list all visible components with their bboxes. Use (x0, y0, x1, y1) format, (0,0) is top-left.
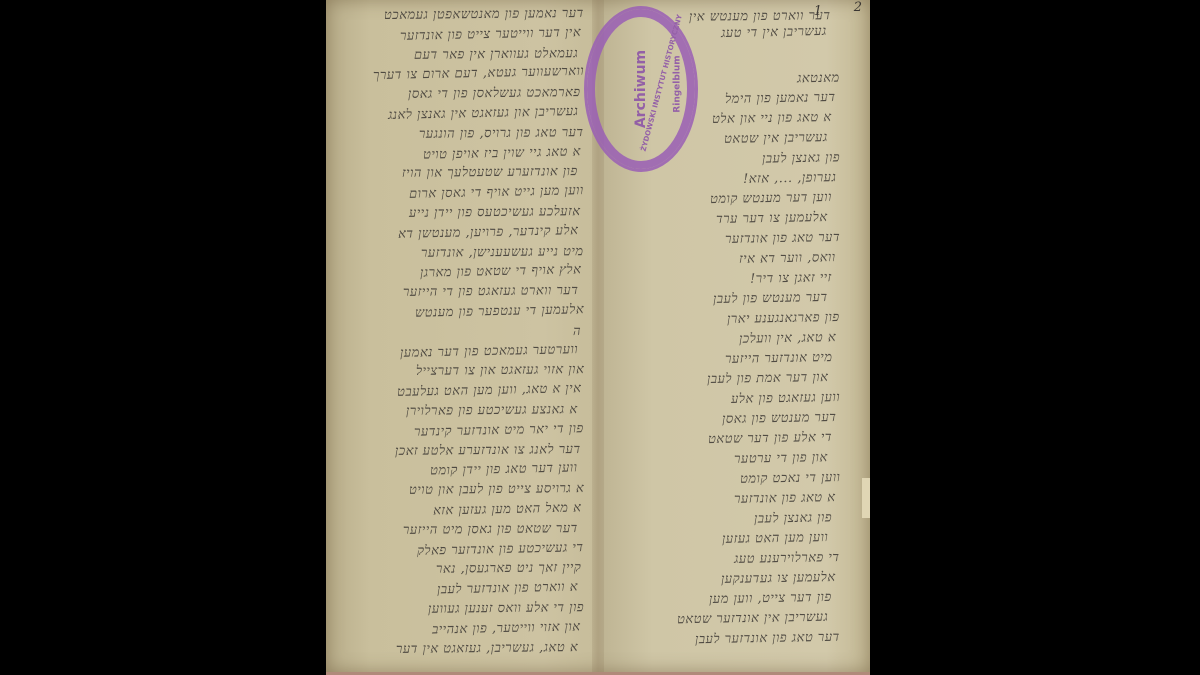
handwritten-line: מאנטאג (797, 70, 840, 87)
handwritten-line: ווען די נאכט קומט (739, 469, 840, 487)
manuscript-notebook: דער נאמען פון מאנטשאפטן געמאכטאין דער וו… (326, 0, 870, 675)
handwritten-line: א טאג, געשריבן, געזאגט אין דער (396, 639, 578, 657)
handwritten-line: דער שטאט פון גאסן מיט הייזער (403, 520, 578, 538)
handwritten-line: געשריבן און געזאגט אין גאנצן לאנג (387, 103, 578, 123)
handwritten-line: פון די אלע וואס זענען געווען (428, 599, 584, 617)
handwritten-line: געשריבן אין שטאט (724, 129, 828, 147)
handwritten-line: דער טאג פון אונדזער לעבן (695, 629, 840, 648)
handwritten-line: אזעלכע געשיכטעס פון יידן נייע (409, 203, 581, 221)
handwritten-line: א גרויסע צייט פון לעבן און טויט (409, 480, 584, 498)
handwritten-line: ה (573, 323, 581, 339)
handwritten-line: דער ווארט פון מענטש אין (688, 7, 830, 24)
handwritten-line: געשריבן אין די טעג (721, 23, 827, 41)
handwritten-line: א ווארט פון אונדזער לעבן (437, 579, 578, 598)
handwritten-line: די פארלוירענע טעג (734, 549, 840, 567)
handwritten-line: א מאל האט מען געזען אזא (432, 499, 581, 518)
handwritten-line: געמאלט געווארן אין פאר דעם (414, 45, 578, 63)
handwritten-line: און אזוי ווייטער, פון אנהייב (432, 618, 581, 637)
handwritten-line: ווארשעווער געטא, דעם ארום צו דערך (373, 63, 584, 83)
stamp-main-text: Archiwum (633, 50, 649, 128)
handwritten-line: ווען דער טאג פון יידן קומט (430, 460, 578, 479)
handwritten-line: גערופן, ..., אזא! (742, 169, 836, 187)
archive-stamp: Archiwum ŻYDOWSKI INSTYTUT HISTORYCZNY R… (584, 6, 698, 172)
handwritten-line: מיט אונדזער הייזער (724, 349, 832, 367)
handwritten-line: ווערטער געמאכט פון דער נאמען (400, 341, 578, 361)
handwritten-line: אלץ אויף די שטאט פון מארגן (419, 262, 581, 281)
handwritten-line: פון די יאר מיט אונדזער קינדער (414, 420, 584, 440)
handwritten-line: פון גאנצן לעבן (762, 149, 840, 166)
handwritten-line: דער לאנג צו אונדזערע אלטע זאכן (395, 441, 581, 459)
handwritten-line: אלעמען צו געדענקען (721, 569, 836, 587)
handwritten-line: א טאג, אין וועלכן (739, 329, 836, 347)
handwritten-line: פון אונדזערע שטעטלעך און הויז (402, 163, 578, 181)
handwritten-line: און אזוי געזאגט און צו דערצייל (416, 362, 584, 380)
handwritten-line: ווען דער מענטש קומט (710, 189, 832, 207)
handwritten-line: פארמאכט געשלאסן פון די גאסן (408, 84, 581, 102)
handwritten-line: א גאנצע געשיכטע פון פארלוירן (406, 401, 578, 419)
paper-tab (862, 478, 870, 518)
handwritten-line: א טאג פון אונדזער (734, 489, 836, 507)
handwritten-line: אין דער ווייטער צייט פון אונדזער (400, 24, 581, 44)
handwritten-line: און דער אמת פון לעבן (707, 369, 829, 387)
handwritten-line: א טאג גיי שוין ביז אויפן טויט (423, 143, 581, 162)
handwritten-line: פון דער צייט, ווען מען (709, 589, 832, 607)
page-corner-mark: 2 (854, 0, 862, 15)
left-page: דער נאמען פון מאנטשאפטן געמאכטאין דער וו… (326, 0, 594, 672)
handwritten-line: דער ווארט געזאגט פון די הייזער (403, 282, 579, 300)
handwritten-line: די געשיכטע פון אונדזער פאלק (417, 539, 584, 558)
handwritten-line: פון גאנצן לעבן (754, 509, 832, 526)
handwritten-line: פון פארגאנגענע יארן (727, 309, 840, 327)
handwritten-line: און פון די ערטער (734, 449, 828, 467)
handwritten-line: זיי זאגן צו דיר! (750, 269, 832, 286)
handwritten-line: אלעמען די ענטפער פון מענטש (415, 301, 584, 321)
stamp-side-text: Ringelblum (673, 55, 683, 112)
handwritten-line: אין א טאג, ווען מען האט געלעבט (396, 380, 581, 400)
handwritten-line: דער מענטש פון לעבן (713, 289, 828, 307)
handwritten-line: א טאג פון ניי און אלט (712, 109, 832, 127)
handwritten-line: דער טאג פון אונדזער (725, 229, 840, 247)
handwritten-line: וואס, ווער דא איז (739, 249, 836, 267)
handwritten-line: דער מענטש פון גאסן (721, 409, 836, 427)
handwritten-line: ווען געזאגט פון אלע (731, 389, 840, 407)
handwritten-line: געשריבן אין אונדזער שטאט (677, 609, 829, 628)
handwritten-line: ווען מען האט געזען (722, 529, 829, 547)
handwritten-line: אלעמען צו דער ערד (716, 209, 828, 227)
handwritten-line: דער נאמען פון הימל (725, 89, 836, 107)
handwritten-line: אלע קינדער, פרויען, מענטשן דא (397, 222, 578, 242)
handwritten-line: ווען מען גייט אויף די גאסן ארום (409, 182, 584, 202)
handwritten-line: מיט נייע געשעענישן, אונדזער (421, 243, 584, 261)
handwritten-line: דער טאג פון גרויס, פון הונגער (419, 124, 584, 142)
handwritten-line: די אלע פון דער שטאט (708, 429, 832, 447)
handwritten-line: דער נאמען פון מאנטשאפטן געמאכט (384, 5, 584, 23)
handwritten-line: קיין זאך ניט פארגעסן, נאר (436, 560, 581, 578)
